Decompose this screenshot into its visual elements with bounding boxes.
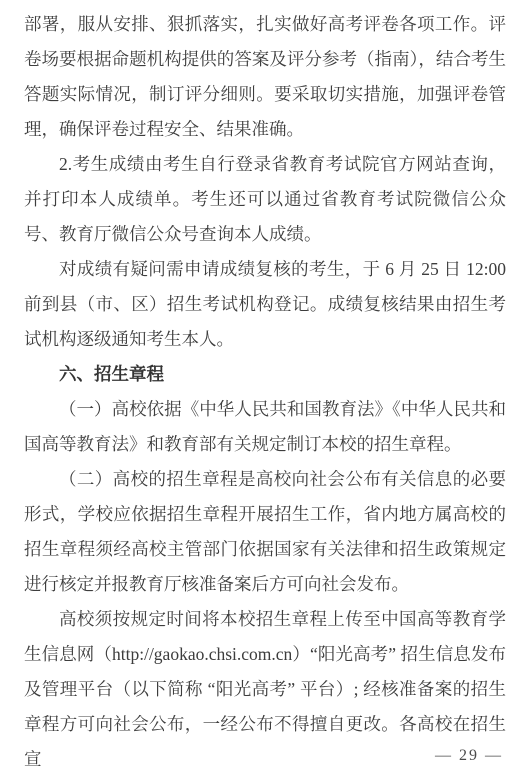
section-heading: 六、招生章程 <box>24 357 506 392</box>
document-page: 部署，服从安排、狠抓落实，扎实做好高考评卷各项工作。评卷场要根据命题机构提供的答… <box>0 0 530 783</box>
paragraph-evaluation-continuation: 部署，服从安排、狠抓落实，扎实做好高考评卷各项工作。评卷场要根据命题机构提供的答… <box>24 7 506 147</box>
paragraph-charter-basis: （一）高校依据《中华人民共和国教育法》《中华人民共和国高等教育法》和教育部有关规… <box>24 392 506 462</box>
paragraph-charter-upload: 高校须按规定时间将本校招生章程上传至中国高等教育学生信息网（http://gao… <box>24 602 506 777</box>
page-number: — 29 — <box>435 747 503 765</box>
paragraph-score-review: 对成绩有疑问需申请成绩复核的考生，于 6 月 25 日 12:00 前到县（市、… <box>24 252 506 357</box>
document-body: 部署，服从安排、狠抓落实，扎实做好高考评卷各项工作。评卷场要根据命题机构提供的答… <box>24 7 506 777</box>
paragraph-score-query: 2.考生成绩由考生自行登录省教育考试院官方网站查询，并打印本人成绩单。考生还可以… <box>24 147 506 252</box>
paragraph-charter-publication: （二）高校的招生章程是高校向社会公布有关信息的必要形式，学校应依据招生章程开展招… <box>24 462 506 602</box>
